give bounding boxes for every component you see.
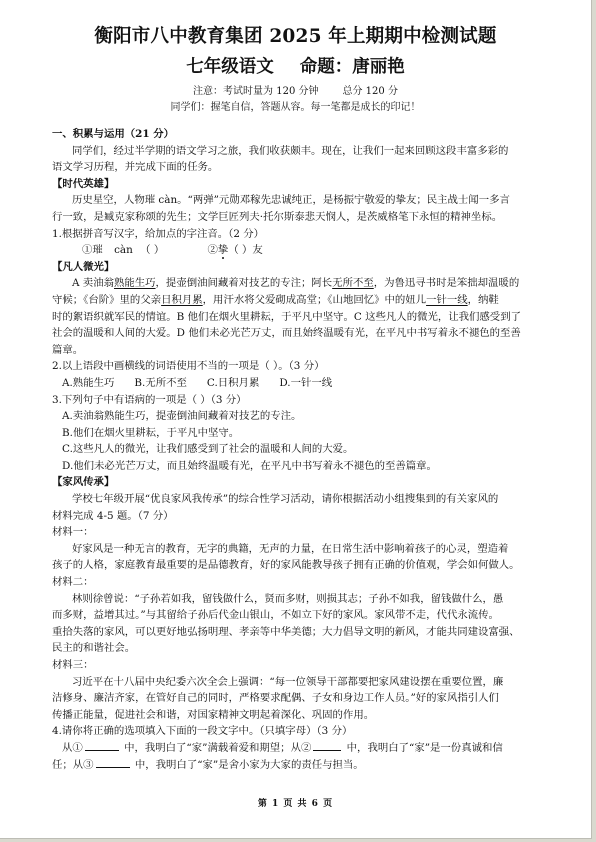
subsection-heading-family: 【家风传承】 <box>52 474 542 491</box>
q1-item2-answer-blank[interactable]: （ ） <box>228 244 252 256</box>
q1-item1-prefix: ①璀 <box>82 244 103 256</box>
text-span: ，提壶倒油间藏着对技艺的专注；阿长 <box>156 277 333 289</box>
underlined-phrase: 一针一线 <box>426 294 468 306</box>
intro-line: 语文学习历程，并完成下面的任务。 <box>52 159 542 176</box>
question-2-stem: 2.以上语段中画横线的词语使用不当的一项是（ ）。（3 分） <box>52 358 542 375</box>
material-line: 而多财，益增其过。”与其留给子孙后代金山银山，不如立下好的家风。家风带不走，代代… <box>52 607 542 624</box>
material-line: 洁修身、廉洁齐家，在管好自己的同时，严格要求配偶、子女和身边工作人员。”好的家风… <box>52 690 542 707</box>
text-span: ，为鲁迅寻书时是笨拙却温暖的 <box>374 277 519 289</box>
question-4-stem: 4.请你将正确的选项填入下面的一段文字中。（只填字母）（3 分） <box>52 723 542 740</box>
q2-option-a[interactable]: A.熟能生巧 <box>62 375 114 392</box>
q4-blank-2[interactable] <box>313 740 341 751</box>
material-line: 民主的和谐社会。 <box>52 640 542 657</box>
q1-item2-suffix: 友 <box>252 244 262 256</box>
underlined-phrase: 日积月累 <box>161 294 203 306</box>
q2-option-c[interactable]: C.日积月累 <box>207 375 259 392</box>
underlined-phrase: 无所不至 <box>332 277 374 289</box>
material-3-label: 材料三： <box>52 657 542 674</box>
q1-item1-pinyin: càn <box>114 244 133 256</box>
text-span: 中，我明白了“家”满载着爱和期望；从② <box>121 742 312 754</box>
passage-line: 行一致，是臧克家称颂的先生；文学巨匠列夫·托尔斯泰悲天悯人，是茨威格笔下永恒的精… <box>52 209 542 226</box>
section-heading: 一、积累与运用（21 分） <box>52 126 542 143</box>
passage-line: 材料完成 4-5 题。（7 分） <box>52 508 542 525</box>
text-span: 中，我明白了“家”是一份真诚和信 <box>343 742 502 754</box>
material-2-label: 材料二： <box>52 574 542 591</box>
exam-subtitle: 七年级语文命题：唐丽艳 <box>0 53 591 78</box>
material-line: 传播正能量，促进社会和谐，对国家精神文明起着深化、巩固的作用。 <box>52 707 542 724</box>
q4-fill-line: 从① 中，我明白了“家”满载着爱和期望；从② 中，我明白了“家”是一份真诚和信 <box>52 740 542 757</box>
material-1-label: 材料一： <box>52 524 542 541</box>
question-2-options: A.熟能生巧B.无所不至C.日积月累D.一针一线 <box>52 375 542 392</box>
passage-line: 社会的温暖和人间的大爱。D 他们未必光芒万丈，而且始终温暖有光，在平凡中书写着永… <box>52 325 542 342</box>
q3-option-c[interactable]: C.这些凡人的微光，让我们感受到了社会的温暖和人间的大爱。 <box>52 441 542 458</box>
passage-line: A 卖油翁熟能生巧，提壶倒油间藏着对技艺的专注；阿长无所不至，为鲁迅寻书时是笨拙… <box>52 275 542 292</box>
q2-option-d[interactable]: D.一针一线 <box>279 375 332 392</box>
material-line: 重拾失落的家风，可以更好地弘扬明理、孝亲等中华美德；大力倡导文明的新风，才能共同… <box>52 624 542 641</box>
material-line: 习近平在十八届中央纪委六次全会上强调：“每一位领导干部都要把家风建设摆在重要位置… <box>52 674 542 691</box>
q4-blank-3[interactable] <box>96 757 130 768</box>
exam-body: 一、积累与运用（21 分） 同学们，经过半学期的语文学习之旅，我们收获颇丰。现在… <box>52 126 542 773</box>
text-span: ，纳鞋 <box>468 294 499 306</box>
text-span: 从① <box>62 742 83 754</box>
q4-fill-line: 任；从③ 中，我明白了“家”是舍小家为大家的责任与担当。 <box>52 757 542 774</box>
passage-line: 篇章。 <box>52 342 542 359</box>
passage-line: 守候；《台阶》里的父亲日积月累，用汗水将父爱砌成高堂；《山地回忆》中的妞儿一针一… <box>52 292 542 309</box>
text-span: ，用汗水将父爱砌成高堂；《山地回忆》中的妞儿 <box>203 294 426 306</box>
passage-line: 学校七年级开展“优良家风我传承”的综合性学习活动，请你根据活动小组搜集到的有关家… <box>52 491 542 508</box>
q2-option-b[interactable]: B.无所不至 <box>134 375 187 392</box>
question-1-stem: 1.根据拼音写汉字，给加点的字注音。（2 分） <box>52 226 542 243</box>
author-label: 命题：唐丽艳 <box>300 57 405 77</box>
exam-notice: 注意：考试时量为 120 分钟总分 120 分 <box>0 82 591 97</box>
notice-time: 注意：考试时量为 120 分钟 <box>193 86 318 97</box>
q1-item2-dotted-char: 挚 <box>218 244 228 256</box>
text-span: 守候；《台阶》里的父亲 <box>52 294 161 306</box>
q4-blank-1[interactable] <box>85 740 119 751</box>
subsection-heading-ordinary: 【凡人微光】 <box>52 259 542 276</box>
exam-title: 衡阳市八中教育集团 2025 年上期期中检测试题 <box>0 22 591 48</box>
page-number: 第 1 页 共 6 页 <box>0 796 591 809</box>
question-1-items: ①璀 càn （ ） ②挚（ ）友 <box>52 242 542 259</box>
q3-option-a[interactable]: A.卖油翁熟能生巧，提壶倒油间藏着对技艺的专注。 <box>52 408 542 425</box>
exam-page: 衡阳市八中教育集团 2025 年上期期中检测试题 七年级语文命题：唐丽艳 注意：… <box>0 0 592 839</box>
encouragement: 同学们：握笔自信，答题从容。每一笔都是成长的印记！ <box>0 98 591 113</box>
q3-option-b[interactable]: B.他们在烟火里耕耘，于平凡中坚守。 <box>52 425 542 442</box>
material-line: 好家风是一种无言的教育，无字的典籍，无声的力量，在日常生活中影响着孩子的心灵，塑… <box>52 541 542 558</box>
q3-option-d[interactable]: D.他们未必光芒万丈，而且始终温暖有光，在平凡中书写着永不褪色的至善篇章。 <box>52 458 542 475</box>
material-line: 林则徐曾说：“子孙若如我，留钱做什么，贤而多财，则损其志；子孙不如我，留钱做什么… <box>52 591 542 608</box>
grade-subject: 七年级语文 <box>186 57 274 77</box>
question-3-stem: 3.下列句子中有语病的一项是（ ）（3 分） <box>52 392 542 409</box>
notice-score: 总分 120 分 <box>343 86 398 97</box>
q1-item2-prefix: ② <box>208 244 218 256</box>
text-span: 任；从③ <box>52 759 94 771</box>
intro-line: 同学们，经过半学期的语文学习之旅，我们收获颇丰。现在，让我们一起来回顾这段丰富多… <box>52 143 542 160</box>
q1-item1-answer-blank[interactable]: （ ） <box>140 244 164 256</box>
passage-line: 时的絮语织就军民的情谊。B 他们在烟火里耕耘，于平凡中坚守。C 这些凡人的微光，… <box>52 309 542 326</box>
material-line: 孩子的人格，家庭教育最重要的是品德教育，好的家风能教导孩子拥有正确的价值观，学会… <box>52 557 542 574</box>
text-span: 中，我明白了“家”是舍小家为大家的责任与担当。 <box>132 759 364 771</box>
subsection-heading-heroes: 【时代英雄】 <box>52 176 542 193</box>
text-span: A 卖油翁 <box>72 277 114 289</box>
underlined-phrase: 熟能生巧 <box>114 277 156 289</box>
passage-line: 历史星空，人物璀 càn。“两弹”元勋邓稼先忠诚纯正，是杨振宁敬爱的挚友；民主战… <box>52 192 542 209</box>
